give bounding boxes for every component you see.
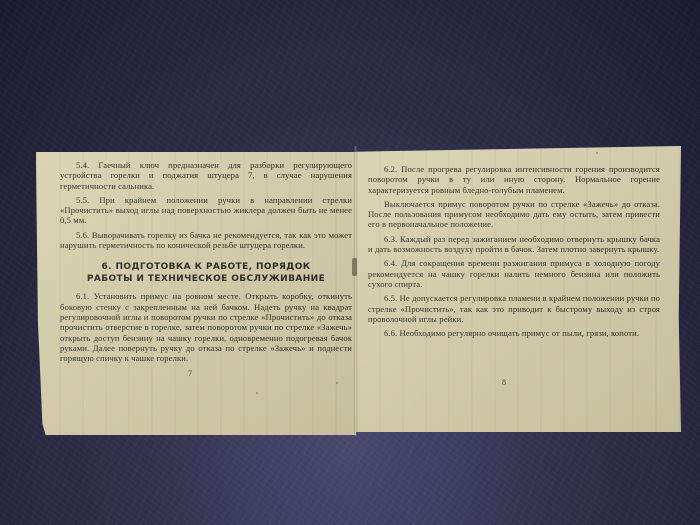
page-number-left: 7 bbox=[188, 369, 192, 378]
left-page: 5.4. Гаечный ключ предназначен для разбо… bbox=[36, 152, 356, 435]
right-page: 6.2. После прогрева регулировка интенсив… bbox=[356, 146, 681, 432]
left-page-text: 5.4. Гаечный ключ предназначен для разбо… bbox=[60, 160, 352, 367]
paragraph-6-1: 6.1. Установить примус на ровном месте. … bbox=[60, 291, 352, 363]
paragraph-6-2: 6.2. После прогрева регулировка интенсив… bbox=[368, 164, 660, 195]
paragraph-6-4: 6.4. Для сокращения времени разжигания п… bbox=[368, 258, 660, 289]
paper-speck bbox=[256, 392, 258, 394]
paragraph-5-5: 5.5. При крайнем положении ручки в напра… bbox=[60, 195, 352, 226]
paragraph-5-4: 5.4. Гаечный ключ предназначен для разбо… bbox=[60, 160, 352, 191]
paragraph-6-5: 6.5. Не допускается регулировка пламени … bbox=[368, 293, 660, 324]
paper-speck bbox=[596, 152, 598, 154]
section-heading-line-2: РАБОТЫ И ТЕХНИЧЕСКОЕ ОБСЛУЖИВАНИЕ bbox=[60, 274, 352, 286]
page-number-right: 8 bbox=[502, 378, 506, 387]
paragraph-6-2-continued: Выключается примус поворотом ручки по ст… bbox=[368, 199, 660, 230]
paragraph-5-6: 5.6. Выворачивать горелку из бачка не ре… bbox=[60, 230, 352, 251]
open-booklet: 5.4. Гаечный ключ предназначен для разбо… bbox=[0, 0, 700, 525]
paragraph-6-3: 6.3. Каждый раз перед зажиганием необход… bbox=[368, 234, 660, 255]
right-page-text: 6.2. После прогрева регулировка интенсив… bbox=[368, 164, 660, 342]
staple bbox=[352, 258, 357, 276]
section-heading-line-1: 6. ПОДГОТОВКА К РАБОТЕ, ПОРЯДОК bbox=[60, 262, 352, 274]
center-fold bbox=[354, 146, 357, 436]
section-6-heading: 6. ПОДГОТОВКА К РАБОТЕ, ПОРЯДОК РАБОТЫ И… bbox=[60, 262, 352, 285]
paper-speck bbox=[336, 382, 338, 384]
paragraph-6-6: 6.6. Необходимо регулярно очищать примус… bbox=[368, 328, 660, 338]
